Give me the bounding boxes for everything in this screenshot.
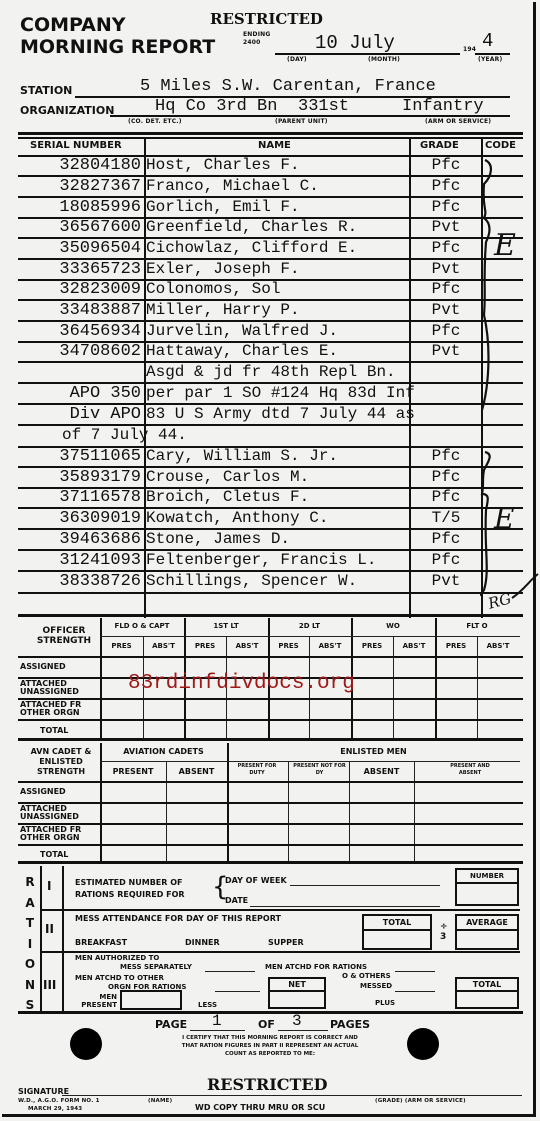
soldier-grade: Pfc	[416, 488, 476, 506]
atchd-rations-line	[395, 971, 435, 972]
group-1st-lt: 1ST LT	[184, 622, 268, 630]
breakfast-label: BREAKFAST	[75, 938, 127, 947]
col-absent-enlisted: ABSENT	[349, 767, 414, 776]
soldier-name: Colonomos, Sol	[146, 280, 280, 298]
soldier-grade: Pfc	[416, 177, 476, 195]
net-box: NET	[268, 977, 326, 1009]
col-name: NAME	[258, 140, 291, 151]
remarks-row: Asgd & jd fr 48th Repl Bn.	[0, 362, 540, 383]
roster-row: 34708602 Hattaway, Charles E. Pvt	[0, 341, 540, 362]
net-label: NET	[270, 979, 324, 992]
grid-line	[100, 761, 520, 762]
page-label: PAGE	[155, 1018, 187, 1031]
form-title-company: COMPANY	[20, 14, 126, 36]
row-attached-fr-other-orgn: ATTACHED FR OTHER ORGN	[20, 701, 95, 717]
section-i-text1: ESTIMATED NUMBER OF	[75, 878, 182, 887]
remarks-right: per par 1 SO #124 Hq 83d Inf	[146, 384, 415, 402]
remarks-row: APO 350 per par 1 SO #124 Hq 83d Inf	[0, 383, 540, 404]
average-box: AVERAGE	[455, 914, 519, 950]
serial-number: 35893179	[59, 468, 141, 487]
form-number-1: W.D., A.G.O. FORM NO. 1	[18, 1098, 100, 1104]
row-attached-fr-other-orgn: ATTACHED FR OTHER ORGN	[20, 826, 95, 842]
soldier-grade: Pvt	[416, 572, 476, 590]
o-others1: O & OTHERS	[342, 972, 391, 980]
wd-copy-note: WD COPY THRU MRU OR SCU	[195, 1103, 325, 1112]
soldier-grade: Pfc	[416, 280, 476, 298]
soldier-name: Feltenberger, Francis L.	[146, 551, 376, 569]
group-aviation-cadets: AVIATION CADETS	[100, 747, 227, 756]
remarks-left: Div APO	[70, 405, 141, 424]
rations-letter: T	[22, 913, 38, 934]
classification-bottom: RESTRICTED	[207, 1075, 327, 1094]
number-label: NUMBER	[457, 870, 517, 884]
of-label: OF	[258, 1018, 275, 1031]
row-total: TOTAL	[40, 850, 68, 859]
row-attached-unassigned: ATTACHED UNASSIGNED	[20, 680, 95, 696]
total-box: TOTAL	[362, 914, 432, 950]
serial-number: 33365723	[59, 260, 141, 279]
total3-label: TOTAL	[457, 979, 517, 992]
sub-pres: PRES	[435, 642, 477, 650]
sub-abst: ABS'T	[477, 642, 519, 650]
soldier-grade: Pvt	[416, 260, 476, 278]
roster-row: 32823009 Colonomos, Sol Pfc	[0, 279, 540, 300]
grid-line	[349, 761, 350, 863]
soldier-name: Greenfield, Charles R.	[146, 218, 357, 236]
col-absent: ABSENT	[166, 767, 227, 776]
grid-line	[100, 636, 520, 637]
sub-pres: PRES	[100, 642, 143, 650]
soldier-grade: Pvt	[416, 301, 476, 319]
grid-line	[18, 781, 523, 783]
auth-text2: MESS SEPARATELY	[120, 963, 192, 971]
station-value: 5 Miles S.W. Carentan, France	[140, 77, 436, 96]
group-fld-o-capt: FLD O & CAPT	[100, 622, 184, 630]
day-of-week-line	[290, 885, 440, 886]
less-label: LESS	[198, 1001, 217, 1009]
soldier-name: Crouse, Carlos M.	[146, 468, 309, 486]
roster-row: 31241093 Feltenberger, Francis L. Pfc	[0, 550, 540, 571]
serial-number: 32827367	[59, 177, 141, 196]
row-total: TOTAL	[40, 726, 68, 735]
soldier-grade: Pfc	[416, 156, 476, 174]
section-ii-text: MESS ATTENDANCE FOR DAY OF THIS REPORT	[75, 914, 281, 923]
remarks-left: of 7 July 44.	[62, 426, 187, 444]
auth-line	[205, 971, 255, 972]
rations-letter: A	[22, 893, 38, 914]
date-underline	[275, 53, 460, 55]
men-present-label: MEN PRESENT	[75, 993, 117, 1009]
serial-number: 31241093	[59, 551, 141, 570]
grid-line	[18, 844, 523, 846]
total3-box: TOTAL	[455, 977, 519, 1009]
remarks-row: of 7 July 44.	[0, 425, 540, 446]
report-year: 4	[482, 30, 493, 52]
serial-number: 33483887	[59, 301, 141, 320]
page-total-line	[278, 1030, 328, 1031]
soldier-name: Exler, Joseph F.	[146, 260, 300, 278]
dinner-label: DINNER	[185, 938, 220, 947]
roster-row: 36456934 Jurvelin, Walfred J. Pfc	[0, 321, 540, 342]
roster-header: SERIAL NUMBER NAME GRADE CODE	[0, 138, 540, 154]
serial-number: 36309019	[59, 509, 141, 528]
soldier-grade: Pvt	[416, 218, 476, 236]
soldier-name: Host, Charles F.	[146, 156, 300, 174]
soldier-name: Franco, Michael C.	[146, 177, 319, 195]
supper-label: SUPPER	[268, 938, 304, 947]
soldier-name: Schillings, Spencer W.	[146, 572, 357, 590]
roster-row: 35893179 Crouse, Carlos M. Pfc	[0, 467, 540, 488]
roster-row: 36567600 Greenfield, Charles R. Pvt	[0, 217, 540, 238]
soldier-name: Miller, Harry P.	[146, 301, 300, 319]
classification-top: RESTRICTED	[210, 10, 323, 28]
men-present-box	[120, 990, 182, 1010]
col-present-for-duty: PRESENT FOR DUTY	[232, 763, 282, 777]
serial-number: 35096504	[59, 239, 141, 258]
enlisted-strength-title: AVN CADET & ENLISTED STRENGTH	[22, 747, 100, 777]
rations-side-label: R A T I O N S	[22, 872, 38, 1016]
year-underline	[475, 53, 510, 55]
section-i-text2: RATIONS REQUIRED FOR	[75, 890, 185, 899]
group-2d-lt: 2D LT	[268, 622, 351, 630]
grid-line	[18, 823, 523, 825]
soldier-grade: Pfc	[416, 198, 476, 216]
ending-label: ENDING 2400	[243, 31, 271, 47]
atchd-rations-label: MEN ATCHD FOR RATIONS	[265, 963, 367, 971]
group-flt-o: FLT O	[435, 622, 519, 630]
roster-row: 38338726 Schillings, Spencer W. Pvt	[0, 571, 540, 592]
page-number-line	[190, 1030, 245, 1031]
punch-hole-right	[407, 1028, 439, 1060]
section-ii-number: II	[45, 922, 54, 936]
serial-number: 38338726	[59, 572, 141, 591]
roster-row: 18085996 Gorlich, Emil F. Pfc	[0, 197, 540, 218]
day-of-week-label: DAY OF WEEK	[225, 876, 287, 885]
punch-hole-left	[70, 1028, 102, 1060]
serial-number: 39463686	[59, 530, 141, 549]
year-prefix: 194	[463, 46, 476, 53]
grid-line	[18, 802, 523, 804]
serial-number: 37511065	[59, 447, 141, 466]
rations-letter: N	[22, 975, 38, 996]
soldier-grade: Pfc	[416, 239, 476, 257]
number-box: NUMBER	[455, 868, 519, 906]
sub-abst: ABS'T	[309, 642, 351, 650]
atchd-other1: MEN ATCHD TO OTHER	[75, 974, 164, 982]
serial-number: 32804180	[59, 156, 141, 175]
rations-letter: R	[22, 872, 38, 893]
plus-label: PLUS	[375, 999, 395, 1007]
col-present: PRESENT	[100, 767, 166, 776]
report-date: 10 July	[315, 32, 395, 54]
col-serial-number: SERIAL NUMBER	[30, 140, 122, 151]
total-label: TOTAL	[364, 916, 430, 931]
remarks-row: Div APO 83 U S Army dtd 7 July 44 as	[0, 404, 540, 425]
soldier-grade: Pfc	[416, 530, 476, 548]
roster-row: 32804180 Host, Charles F. Pfc	[0, 155, 540, 176]
sub-abst: ABS'T	[393, 642, 435, 650]
grid-line	[40, 866, 42, 1011]
grid-line	[40, 909, 520, 911]
grid-line	[288, 761, 289, 863]
grid-line	[166, 761, 167, 863]
roster-row: 36309019 Kowatch, Anthony C. T/5	[0, 508, 540, 529]
code-mark-group2: E	[494, 502, 514, 535]
grid-line	[62, 866, 64, 1011]
serial-number: 37116578	[59, 488, 141, 507]
group-wo: WO	[351, 622, 435, 630]
remarks-left: APO 350	[70, 384, 141, 403]
grid-line	[18, 656, 523, 658]
row-attached-unassigned: ATTACHED UNASSIGNED	[20, 805, 95, 821]
remarks-right: Asgd & jd fr 48th Repl Bn.	[146, 363, 396, 381]
handwritten-brackets-icon	[480, 150, 540, 610]
section-i-number: I	[47, 879, 51, 893]
grid-line	[393, 636, 394, 740]
watermark: 83rdinfdivdocs.org	[128, 672, 355, 695]
row-assigned: ASSIGNED	[20, 787, 66, 796]
page-number: 1	[212, 1012, 222, 1030]
roster-row: 33365723 Exler, Joseph F. Pvt	[0, 259, 540, 280]
roster-row: 37511065 Cary, William S. Jr. Pfc	[0, 446, 540, 467]
row-rule	[18, 592, 523, 594]
signature-line	[62, 1095, 522, 1096]
organization-arm: Infantry	[402, 97, 484, 116]
rations-letter: O	[22, 954, 38, 975]
roster-bottom-rule	[18, 614, 523, 617]
caption-name: (NAME)	[148, 1098, 172, 1104]
date-label: DATE	[225, 896, 248, 905]
organization-parent: 331st	[298, 97, 349, 116]
form-number-2: MARCH 29, 1943	[28, 1106, 82, 1112]
rations-section: R A T I O N S I ESTIMATED NUMBER OF RATI…	[0, 866, 540, 1016]
soldier-name: Cichowlaz, Clifford E.	[146, 239, 357, 257]
rations-letter: I	[22, 934, 38, 955]
form-title-morning-report: MORNING REPORT	[20, 36, 215, 58]
o-others-line	[395, 991, 435, 992]
soldier-name: Stone, James D.	[146, 530, 290, 548]
sub-abst: ABS'T	[143, 642, 184, 650]
soldier-grade: Pfc	[416, 322, 476, 340]
soldier-grade: Pfc	[416, 551, 476, 569]
station-label: STATION	[20, 84, 72, 97]
table-top-rule	[18, 132, 523, 135]
organization-unit: Hq Co 3rd Bn	[155, 97, 277, 116]
soldier-name: Gorlich, Emil F.	[146, 198, 300, 216]
col-present-not-for-dy: PRESENT NOT FOR DY	[292, 763, 347, 777]
grid-line	[18, 719, 523, 721]
sub-pres: PRES	[351, 642, 393, 650]
serial-number: 34708602	[59, 342, 141, 361]
grid-line	[477, 636, 478, 740]
atchd-other-line	[215, 991, 260, 992]
soldier-name: Kowatch, Anthony C.	[146, 509, 328, 527]
grid-line	[40, 951, 520, 953]
officer-strength-title: OFFICER STRENGTH	[28, 626, 100, 646]
auth-text1: MEN AUTHORIZED TO	[75, 954, 159, 962]
serial-number: 18085996	[59, 198, 141, 217]
month-caption: (MONTH)	[368, 56, 400, 63]
remarks-right: 83 U S Army dtd 7 July 44 as	[146, 405, 415, 423]
year-caption: (YEAR)	[478, 56, 502, 63]
code-mark-group1: E	[494, 228, 516, 263]
day-caption: (DAY)	[287, 56, 307, 63]
grid-line	[18, 861, 523, 864]
enlisted-strength-section: AVN CADET & ENLISTED STRENGTH AVIATION C…	[0, 743, 540, 865]
organization-underline	[110, 115, 510, 117]
organization-label: ORGANIZATION	[20, 104, 114, 117]
average-label: AVERAGE	[457, 916, 517, 931]
serial-number: 32823009	[59, 280, 141, 299]
roster-row: 37116578 Broich, Cletus F. Pfc	[0, 487, 540, 508]
soldier-grade: Pfc	[416, 447, 476, 465]
o-others2: MESSED	[360, 982, 392, 990]
sub-pres: PRES	[184, 642, 226, 650]
date-line	[250, 906, 440, 907]
roster-row: 33483887 Miller, Harry P. Pvt	[0, 300, 540, 321]
pages-label: PAGES	[330, 1018, 370, 1031]
sub-pres: PRES	[268, 642, 309, 650]
caption-arm: (ARM OR SERVICE)	[425, 118, 491, 125]
col-present-and-absent: PRESENT AND ABSENT	[440, 763, 500, 777]
soldier-name: Jurvelin, Walfred J.	[146, 322, 338, 340]
soldier-name: Hattaway, Charles E.	[146, 342, 338, 360]
divide-by-three: ÷ 3	[440, 922, 450, 942]
sub-abst: ABS'T	[226, 642, 268, 650]
section-iii-number: III	[43, 978, 56, 992]
row-assigned: ASSIGNED	[20, 662, 66, 671]
certify-line-2: THAT RATION FIGURES IN PART II REPRESENT…	[140, 1043, 400, 1049]
grid-line	[18, 698, 523, 700]
roster-row: 35096504 Cichowlaz, Clifford E. Pfc	[0, 238, 540, 259]
caption-parent: (PARENT UNIT)	[275, 118, 328, 125]
caption-grade: (GRADE) (ARM OR SERVICE)	[375, 1098, 466, 1104]
soldier-name: Broich, Cletus F.	[146, 488, 309, 506]
roster-row: 32827367 Franco, Michael C. Pfc	[0, 176, 540, 197]
roster-row: 39463686 Stone, James D. Pfc	[0, 529, 540, 550]
grid-line	[18, 1011, 523, 1014]
col-grade: GRADE	[420, 140, 459, 151]
serial-number: 36456934	[59, 322, 141, 341]
soldier-grade: Pvt	[416, 342, 476, 360]
soldier-name: Cary, William S. Jr.	[146, 447, 338, 465]
certify-line-1: I CERTIFY THAT THIS MORNING REPORT IS CO…	[140, 1035, 400, 1041]
page-total: 3	[292, 1012, 302, 1030]
certify-line-3: COUNT AS REPORTED TO ME:	[140, 1051, 400, 1057]
grid-line	[414, 761, 415, 863]
soldier-grade: Pfc	[416, 468, 476, 486]
grid-line	[18, 738, 523, 741]
soldier-grade: T/5	[416, 509, 476, 527]
serial-number: 36567600	[59, 218, 141, 237]
group-enlisted-men: ENLISTED MEN	[227, 747, 520, 756]
caption-unit: (CO. DET. ETC.)	[128, 118, 182, 125]
